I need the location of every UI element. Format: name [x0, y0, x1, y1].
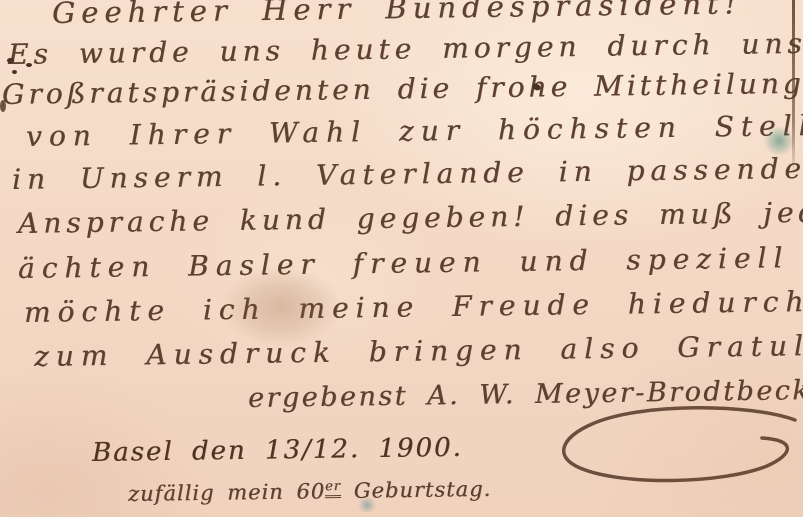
body-line: Großratspräsidenten die frohe Mittheilun… [2, 67, 803, 111]
color-stain [762, 127, 796, 155]
body-line: von Ihrer Wahl zur höchsten Stelle [26, 109, 803, 153]
ink-smudge [222, 268, 340, 346]
signature-flourish [552, 402, 803, 492]
ink-speck [26, 63, 32, 67]
ink-speck [12, 70, 17, 74]
place-date-line: Basel den 13/12. 1900. [92, 433, 463, 468]
body-line: zum Ausdruck bringen also Gratulie [34, 329, 803, 373]
card-edge-crease [792, 0, 795, 175]
body-line: in Unserm l. Vaterlande in passender [12, 152, 803, 196]
salutation-line: Geehrter Herr Bundespräsident! [52, 0, 743, 30]
postcard-scan: Geehrter Herr Bundespräsident! Es wurde … [0, 0, 803, 517]
body-line: Es wurde uns heute morgen durch unserm [8, 26, 803, 71]
postscript-line: zufällig mein 60er Geburtstag. [128, 477, 492, 506]
color-speck [356, 498, 378, 512]
body-line: Ansprache kund gegeben! dies muß jeden [18, 195, 803, 240]
body-line: ächten Basler freuen und speziell [18, 241, 790, 285]
postscript-text: zufällig mein 60 [128, 479, 325, 506]
ink-speck [7, 58, 14, 63]
body-line: möchte ich meine Freude hiedurch [24, 285, 803, 329]
ink-speck [0, 100, 6, 112]
ordinal-superscript: er [325, 479, 341, 498]
